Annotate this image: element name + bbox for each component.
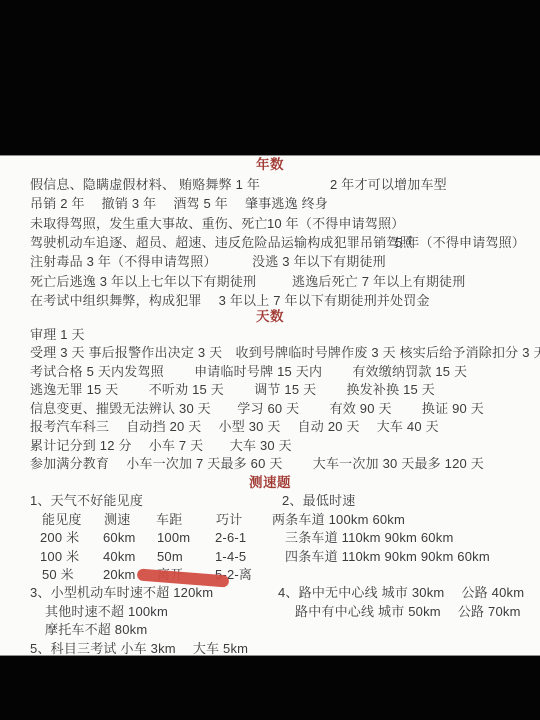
table-header-cell: 巧计: [216, 512, 242, 528]
lane-rule-line: 两条车道 100km 60km: [272, 512, 405, 528]
lane-rule-line: 三条车道 110km 90km 60km: [285, 530, 453, 546]
note-line: 死亡后逃逸 3 年以上七年以下有期徒刑: [30, 274, 256, 290]
table-cell: 20km: [103, 567, 136, 583]
question-3-line: 3、小型机动车时速不超 120km: [30, 585, 213, 601]
table-cell: 1-4-5: [215, 549, 246, 565]
table-cell: 50m: [157, 549, 183, 565]
top-letterbox-bar: [0, 0, 540, 155]
note-line: 未取得驾照，发生重大事故、重伤、死亡: [30, 216, 268, 232]
table-header-cell: 测速: [104, 512, 130, 528]
table-cell: 50 米: [42, 567, 74, 583]
section-title-years: 年数: [0, 157, 540, 173]
note-line: 受理 3 天 事后报警作出决定 3 天 收到号牌临时号牌作废 3 天 核实后给予…: [30, 345, 540, 361]
note-line: 逃逸后死亡 7 年以上有期徒刑: [292, 274, 465, 290]
table-header-cell: 车距: [156, 512, 182, 528]
question-3-line: 其他时速不超 100km: [45, 604, 168, 620]
note-line: 假信息、隐瞒虚假材料、 贿赂舞弊 1 年: [30, 177, 260, 193]
note-line: 10 年（不得申请驾照）: [267, 216, 404, 232]
table-cell: 200 米: [40, 530, 79, 546]
note-line: 在考试中组织舞弊，构成犯罪 3 年以上 7 年以下有期徒刑并处罚金: [30, 293, 430, 309]
note-line: 5 年（不得申请驾照）: [395, 235, 525, 251]
study-notes-photo: 年数 假信息、隐瞒虚假材料、 贿赂舞弊 1 年 2 年才可以增加车型 吊销 2 …: [0, 155, 540, 656]
note-line: 报考汽车科三 自动挡 20 天 小型 30 天 自动 20 天 大车 40 天: [30, 419, 439, 435]
table-cell: 100 米: [40, 549, 79, 565]
note-line: 吊销 2 年 撤销 3 年 酒驾 5 年 肇事逃逸 终身: [30, 196, 328, 212]
note-line: 审理 1 天: [30, 327, 85, 343]
question-5-line: 5、科目三考试 小车 3km 大车 5km: [30, 641, 248, 657]
lane-rule-line: 四条车道 110km 90km 90km 60km: [285, 549, 490, 565]
question-1-title: 1、天气不好能见度: [30, 493, 143, 509]
note-line: 信息变更、摧毁无法辨认 30 天 学习 60 天 有效 90 天 换证 90 天: [30, 401, 484, 417]
note-line: 驾驶机动车追逐、超员、超速、违反危险品运输构成犯罪吊销驾照: [30, 235, 413, 251]
bottom-letterbox-bar: [0, 656, 540, 720]
table-cell: 40km: [103, 549, 136, 565]
note-line: 逃逸无罪 15 天 不听劝 15 天 调节 15 天 换发补换 15 天: [30, 382, 435, 398]
table-cell: 60km: [103, 530, 136, 546]
note-line: 没逃 3 年以下有期徒刑: [252, 254, 386, 270]
table-header-cell: 能见度: [42, 512, 82, 528]
table-cell: 100m: [157, 530, 190, 546]
note-line: 考试合格 5 天内发驾照 申请临时号牌 15 天内 有效缴纳罚款 15 天: [30, 364, 467, 380]
section-title-speed: 测速题: [0, 475, 540, 491]
section-title-days: 天数: [0, 309, 540, 325]
note-line: 2 年才可以增加车型: [330, 177, 447, 193]
question-2-title: 2、最低时速: [282, 493, 355, 509]
question-4-line: 路中有中心线 城市 50km 公路 70km: [295, 604, 521, 620]
note-line: 注射毒品 3 年（不得申请驾照）: [30, 254, 217, 270]
note-line: 累计记分到 12 分 小车 7 天 大车 30 天: [30, 438, 292, 454]
question-4-line: 4、路中无中心线 城市 30km 公路 40km: [278, 585, 524, 601]
table-cell: 2-6-1: [215, 530, 246, 546]
question-3-line: 摩托车不超 80km: [45, 622, 147, 638]
note-line: 参加满分教育 小车一次加 7 天最多 60 天 大车一次加 30 天最多 120…: [30, 456, 484, 472]
